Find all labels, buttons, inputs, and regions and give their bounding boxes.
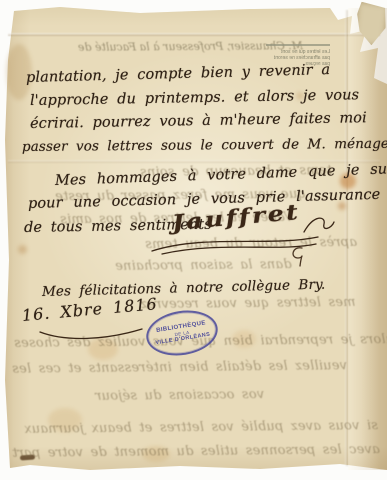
date-flourish — [36, 326, 146, 344]
horizontal-fold-crease — [8, 33, 380, 36]
showthrough-line: vos occasions du séjour — [95, 387, 264, 404]
ink-curl — [288, 244, 308, 270]
showthrough-line: dans la saison prochaine — [115, 257, 292, 274]
letter-line: passer vos lettres sous le couvert de M.… — [22, 136, 387, 155]
showthrough-line: mes lettres que vous recevrez — [140, 295, 356, 312]
foxing-stain — [18, 245, 27, 254]
notice-rule — [266, 44, 330, 46]
signature-paraph — [300, 212, 336, 238]
scanned-letter-page: M. Chaussier, Professeur à la Faculté de… — [0, 0, 387, 480]
